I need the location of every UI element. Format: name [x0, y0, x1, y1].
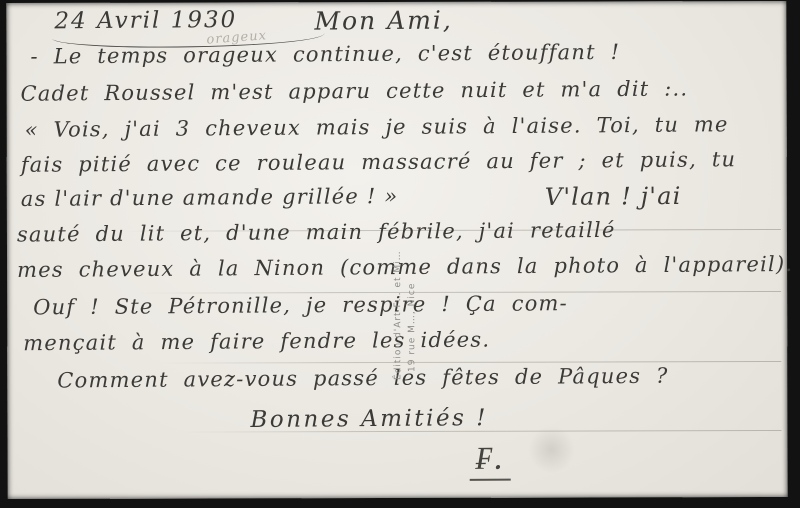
closing: Bonnes Amitiés ! — [250, 407, 488, 432]
signature-glyph: ₣. — [469, 439, 510, 481]
letter-line: - Le temps orageux continue, c'est étouf… — [30, 42, 620, 68]
letter-line: mençait à me faire fendre les idées. — [23, 330, 490, 355]
pencil-smudge — [527, 427, 575, 473]
letter-line: « Vois, j'ai 3 cheveux mais je suis à l'… — [25, 114, 729, 141]
letter-line: sauté du lit et, d'une main fébrile, j'a… — [17, 220, 616, 246]
letter-line: Ouf ! Ste Pétronille, je respire ! Ça co… — [33, 293, 568, 318]
letter-line: Cadet Roussel m'est apparu cette nuit et… — [21, 78, 689, 104]
letter-line: Comment avez-vous passé les fêtes de Pâq… — [57, 366, 668, 392]
letter-line: as l'air d'une amande grillée ! » — [21, 186, 399, 210]
ruled-line — [157, 361, 781, 364]
publisher-imprint-line1: Édition d'Art F… et Mi… — [393, 150, 404, 380]
letter-line: mes cheveux à la Ninon (comme dans la ph… — [17, 254, 793, 281]
postcard: 24 Avril 1930 Mon Ami, orageux - Le temp… — [6, 1, 787, 499]
letter-line: fais pitié avec ce rouleau massacré au f… — [21, 149, 737, 176]
signature-monogram: ₣. — [469, 442, 510, 474]
publisher-imprint-line2: 19 rue M…, Nice — [407, 162, 418, 372]
salutation: Mon Ami, — [314, 7, 453, 33]
letter-line: V'lan ! j'ai — [545, 184, 682, 209]
